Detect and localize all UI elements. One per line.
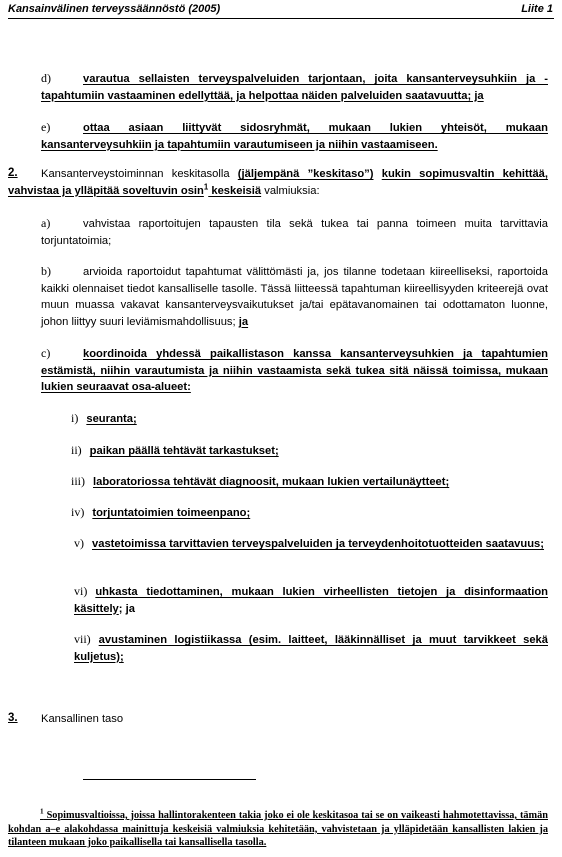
subitem-text: torjuntatoimien toimeenpano; <box>92 507 250 519</box>
subitem: vii)avustaminen logistiikassa (esim. lai… <box>74 631 548 665</box>
subitem-text: laboratoriossa tehtävät diagnoosit, muka… <box>93 476 449 488</box>
intro-bold: keskeisiä <box>208 185 261 197</box>
subitem-label: ii) <box>71 443 82 457</box>
subitem-label: v) <box>74 536 84 550</box>
subitem-label: vii) <box>74 632 91 646</box>
subitem: i)seuranta; <box>71 410 548 428</box>
item-e: e)ottaa asiaan liittyvät sidosryhmät, mu… <box>41 119 548 153</box>
subitem-text: uhkasta tiedottaminen, mukaan lukien vir… <box>74 586 548 615</box>
subitem-text: avustaminen logistiikassa (esim. laittee… <box>74 634 548 663</box>
annex-label: Liite 1 <box>521 3 553 15</box>
subitem-label: vi) <box>74 584 87 598</box>
subitem-text: paikan päällä tehtävät tarkastukset; <box>90 445 279 457</box>
item-text: varautua sellaisten terveyspalveluiden t… <box>41 73 548 102</box>
intro-text: valmiuksia: <box>261 185 319 197</box>
subitem-label: iii) <box>71 474 85 488</box>
section-2-intro: Kansanterveystoiminnan keskitasolla (jäl… <box>8 166 548 199</box>
subitem-text: seuranta; <box>86 413 136 425</box>
item-label: e) <box>41 119 83 136</box>
item-c: c)koordinoida yhdessä paikallistason kan… <box>41 345 548 396</box>
subitem: v)vastetoimissa tarvittavien terveyspalv… <box>74 535 548 553</box>
item-label: c) <box>41 345 83 362</box>
item-label: d) <box>41 70 83 87</box>
page-header: Kansainvälinen terveyssäännöstö (2005) L… <box>8 2 554 19</box>
subitem: vi)uhkasta tiedottaminen, mukaan lukien … <box>74 583 548 617</box>
footnote: 1 Sopimusvaltioissa, joissa hallintorake… <box>8 809 548 850</box>
subitem: iv)torjuntatoimien toimeenpano; <box>71 504 548 522</box>
item-text: ottaa asiaan liittyvät sidosryhmät, muka… <box>41 122 548 151</box>
item-text: vahvistaa raportoitujen tapausten tila s… <box>41 218 548 247</box>
item-label: b) <box>41 263 83 280</box>
subitem-label: iv) <box>71 505 84 519</box>
document-title: Kansainvälinen terveyssäännöstö (2005) <box>8 3 220 15</box>
section-number: 3. <box>8 712 18 724</box>
intro-text: Kansanterveystoiminnan keskitasolla <box>41 168 238 180</box>
footnote-text: Sopimusvaltioissa, joissa hallintorakent… <box>8 810 548 848</box>
intro-bold: (jäljempänä ”keskitaso”) <box>238 168 374 180</box>
item-d: d)varautua sellaisten terveyspalveluiden… <box>41 70 548 104</box>
section-title: Kansallinen taso <box>41 713 123 725</box>
item-text: arvioida raportoidut tapahtumat välittöm… <box>41 266 548 328</box>
spacer <box>374 168 382 180</box>
item-label: a) <box>41 215 83 232</box>
subitem-label: i) <box>71 411 78 425</box>
item-a: a)vahvistaa raportoitujen tapausten tila… <box>41 215 548 249</box>
item-b: b)arvioida raportoidut tapahtumat välitt… <box>41 263 548 330</box>
item-text: koordinoida yhdessä paikallistason kanss… <box>41 348 548 393</box>
subitem: ii)paikan päällä tehtävät tarkastukset; <box>71 442 548 460</box>
subitem-tail: ; ja <box>119 603 135 615</box>
footnote-separator <box>83 779 256 780</box>
subitem: iii)laboratoriossa tehtävät diagnoosit, … <box>71 473 548 491</box>
subitem-text: vastetoimissa tarvittavien terveyspalvel… <box>92 538 544 550</box>
item-tail: ja <box>239 316 248 328</box>
section-3-title: Kansallinen taso <box>41 711 548 728</box>
